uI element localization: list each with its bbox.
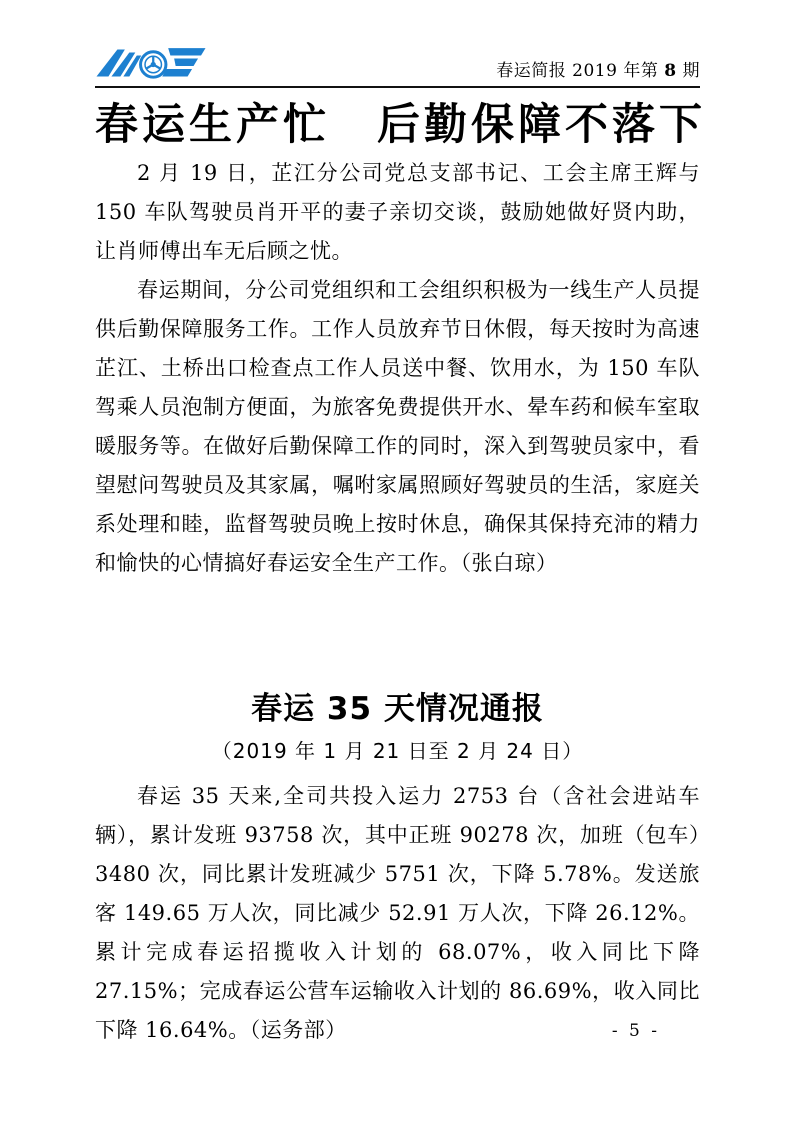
- winged-wheel-logo-icon: [95, 42, 207, 84]
- article2-subtitle: （2019 年 1 月 21 日至 2 月 24 日）: [95, 737, 700, 765]
- page-number: - 5 -: [612, 1021, 660, 1041]
- issue-number: 8: [664, 61, 676, 81]
- article1-paragraph-1: 2 月 19 日，芷江分公司党总支部书记、工会主席王辉与 150 车队驾驶员肖开…: [95, 154, 700, 271]
- issue-label: 春运简报 2019 年第 8 期: [496, 61, 700, 84]
- article2-title: 春运 35 天情况通报: [95, 689, 700, 729]
- document-page: 春运简报 2019 年第 8 期 春运生产忙 后勤保障不落下 2 月 19 日，…: [0, 0, 793, 1122]
- article1-title: 春运生产忙 后勤保障不落下: [95, 101, 700, 149]
- issue-label-suffix: 期: [677, 61, 700, 81]
- issue-label-prefix: 春运简报 2019 年第: [496, 61, 664, 81]
- article2-paragraph-1: 春运 35 天来,全司共投入运力 2753 台（含社会进站车辆），累计发班 93…: [95, 777, 700, 1050]
- article1-paragraph-2: 春运期间，分公司党组织和工会组织积极为一线生产人员提供后勤保障服务工作。工作人员…: [95, 271, 700, 583]
- page-header: 春运简报 2019 年第 8 期: [95, 0, 700, 88]
